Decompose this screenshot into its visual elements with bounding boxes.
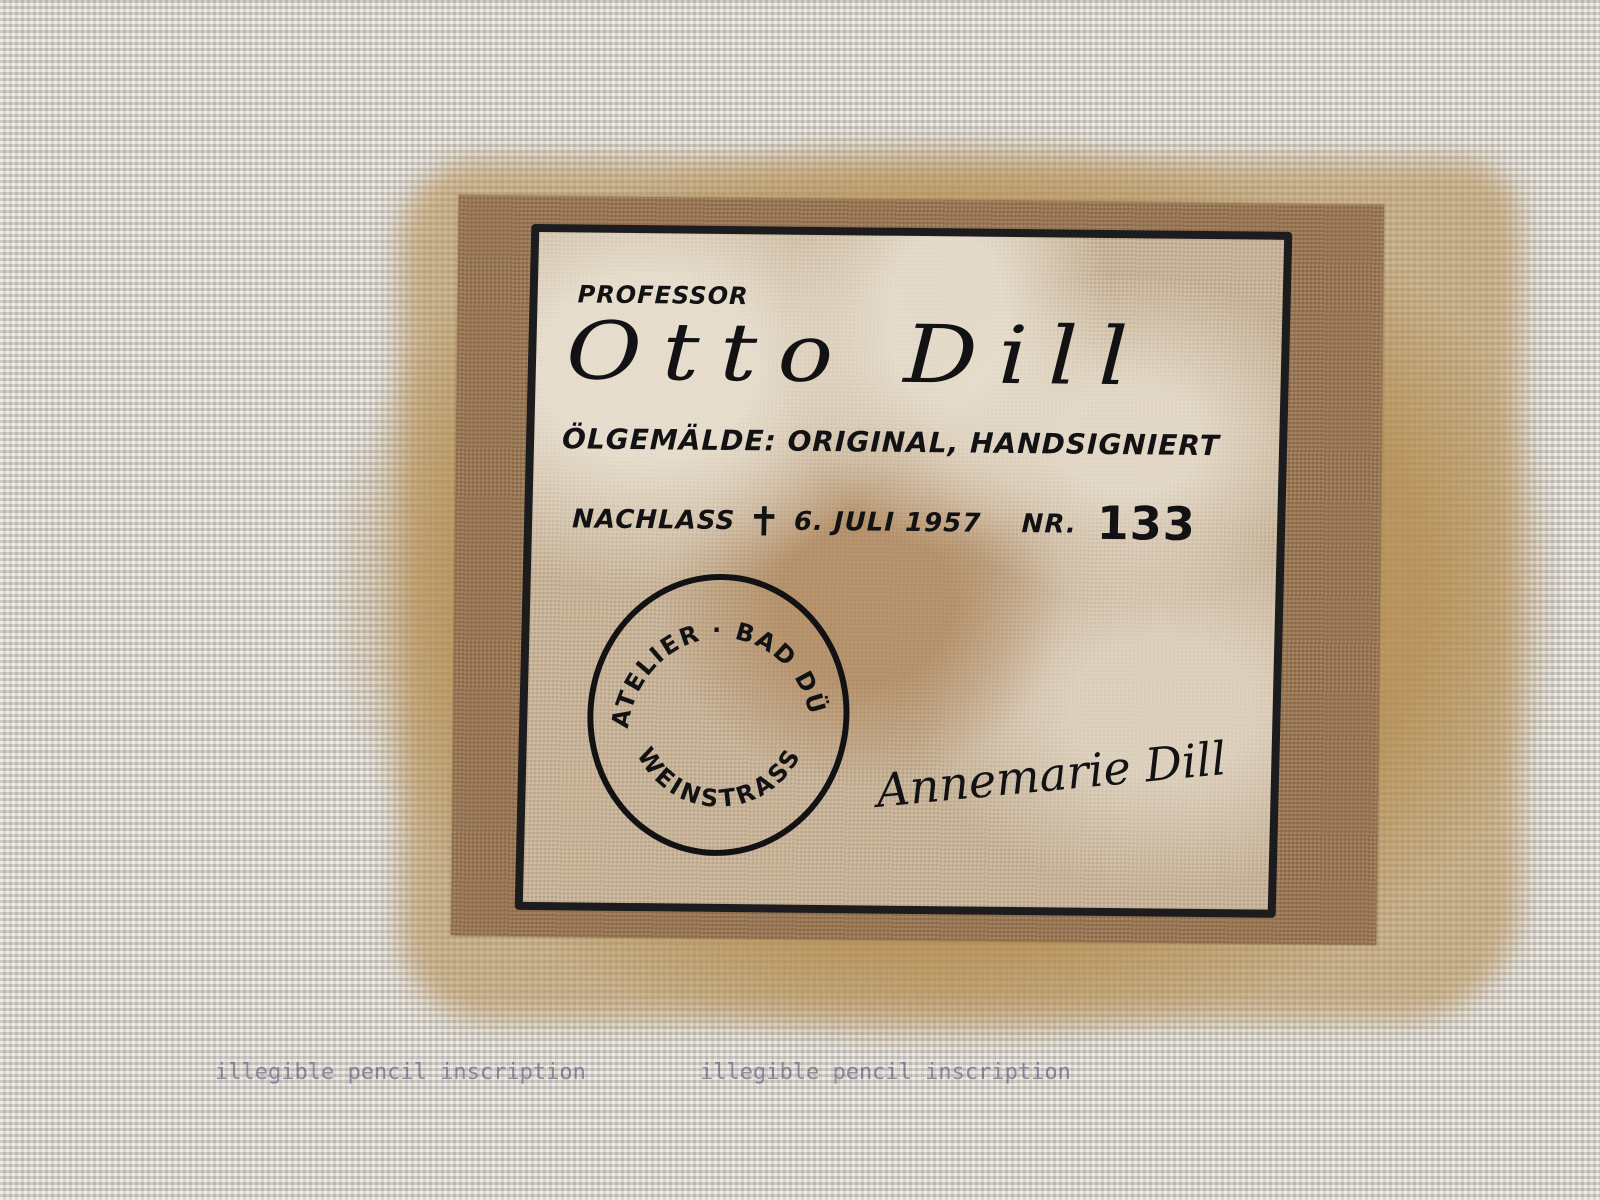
cross-icon: ✝	[747, 499, 783, 545]
atelier-stamp: ATELIER · BAD DÜRKHEIM · WEINSTRASSE	[584, 573, 853, 858]
artist-signature: Otto Dill	[565, 304, 1150, 403]
label-panel: PROFESSOR Otto Dill ÖLGEMÄLDE: ORIGINAL,…	[515, 224, 1293, 918]
authentication-signature: Annemarie Dill	[874, 731, 1228, 818]
number-value: 133	[1096, 496, 1196, 551]
estate-prefix: NACHLASS	[572, 504, 736, 536]
number-prefix: NR.	[1021, 509, 1077, 540]
estate-line: NACHLASS ✝ 6. JULI 1957 NR. 133	[572, 490, 1197, 551]
stamp-top-text: ATELIER · BAD DÜRKHEIM ·	[590, 579, 837, 732]
svg-text:ATELIER · BAD DÜRKHEIM ·: ATELIER · BAD DÜRKHEIM ·	[590, 579, 837, 732]
stamp-ring-text: ATELIER · BAD DÜRKHEIM · WEINSTRASSE	[590, 579, 847, 852]
estate-label: PROFESSOR Otto Dill ÖLGEMÄLDE: ORIGINAL,…	[451, 195, 1384, 945]
pencil-note: illegible pencil inscription	[700, 1060, 1071, 1085]
medium-line: ÖLGEMÄLDE: ORIGINAL, HANDSIGNIERT	[562, 422, 1220, 462]
death-date: 6. JULI 1957	[794, 507, 982, 539]
pencil-note: illegible pencil inscription	[215, 1060, 586, 1085]
